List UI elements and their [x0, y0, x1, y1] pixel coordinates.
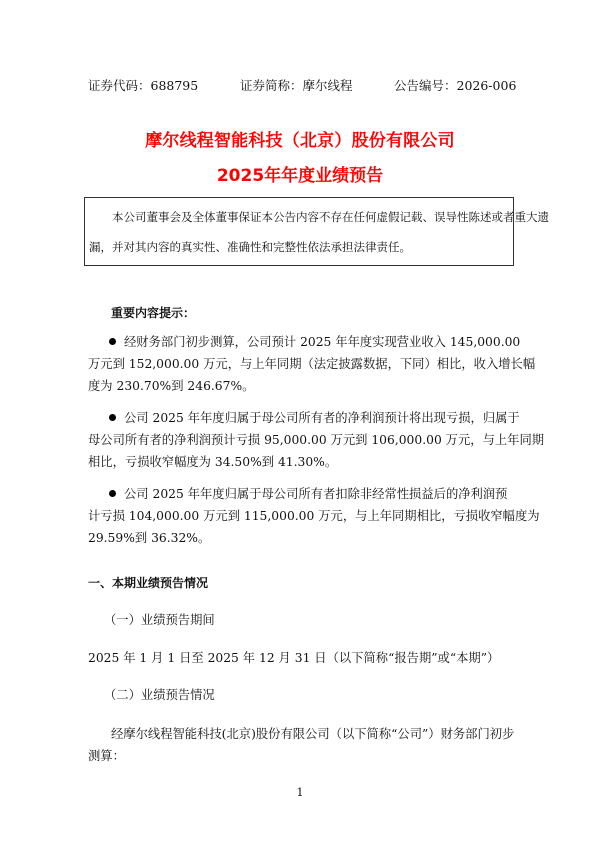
security-code: 证券代码：688795: [88, 78, 198, 94]
bullet-icon: [109, 414, 116, 421]
highlight-1-line-1: 经财务部门初步测算，公司预计 2025 年年度实现营业收入 145,000.00: [109, 335, 533, 349]
forecast-situation-line-1: 经摩尔线程智能科技(北京)股份有限公司（以下简称“公司”）财务部门初步: [111, 727, 535, 741]
security-abbreviation: 证券简称：摩尔线程: [240, 78, 353, 94]
disclaimer-line-2: 漏，并对其内容的真实性、准确性和完整性依法承担法律责任。: [89, 240, 411, 254]
bullet-icon: [109, 338, 116, 345]
disclaimer-line-1: 本公司董事会及全体董事保证本公告内容不存在任何虚假记载、误导性陈述或者重大遗: [112, 210, 549, 224]
subsection-1-heading: （一）业绩预告期间: [104, 613, 528, 627]
subsection-2-heading: （二）业绩预告情况: [104, 688, 528, 702]
bullet-icon: [109, 490, 116, 497]
highlight-3-line-2: 计亏损 104,000.00 万元到 115,000.00 万元，与上年同期相比…: [88, 509, 512, 523]
highlight-3-line-3: 29.59%到 36.32%。: [88, 531, 512, 545]
highlight-2-line-1: 公司 2025 年年度归属于母公司所有者的净利润预计将出现亏损，归属于: [109, 411, 533, 425]
highlights-heading: 重要内容提示：: [111, 306, 535, 320]
highlight-2-line-2: 母公司所有者的净利润预计亏损 95,000.00 万元到 106,000.00 …: [88, 433, 512, 447]
company-name-title: 摩尔线程智能科技（北京）股份有限公司: [0, 130, 600, 152]
page-number: 1: [0, 786, 600, 800]
forecast-situation-line-2: 测算：: [88, 749, 512, 763]
forecast-period-text: 2025 年 1 月 1 日至 2025 年 12 月 31 日（以下简称“报告…: [88, 651, 512, 665]
disclaimer-box: 本公司董事会及全体董事保证本公告内容不存在任何虚假记载、误导性陈述或者重大遗 漏…: [84, 197, 514, 266]
highlight-1-line-2: 万元到 152,000.00 万元，与上年同期（法定披露数据，下同）相比，收入增…: [88, 357, 512, 371]
report-title: 2025年年度业绩预告: [0, 165, 600, 187]
highlight-1-line-3: 度为 230.70%到 246.67%。: [88, 379, 512, 393]
announcement-header: 证券代码：688795 证券简称：摩尔线程 公告编号：2026-006: [88, 78, 512, 94]
section-1-heading: 一、本期业绩预告情况: [88, 576, 512, 590]
highlight-3-line-1: 公司 2025 年年度归属于母公司所有者扣除非经常性损益后的净利润预: [109, 487, 533, 501]
highlight-2-line-3: 相比，亏损收窄幅度为 34.50%到 41.30%。: [88, 455, 512, 469]
announcement-number: 公告编号：2026-006: [394, 78, 516, 94]
